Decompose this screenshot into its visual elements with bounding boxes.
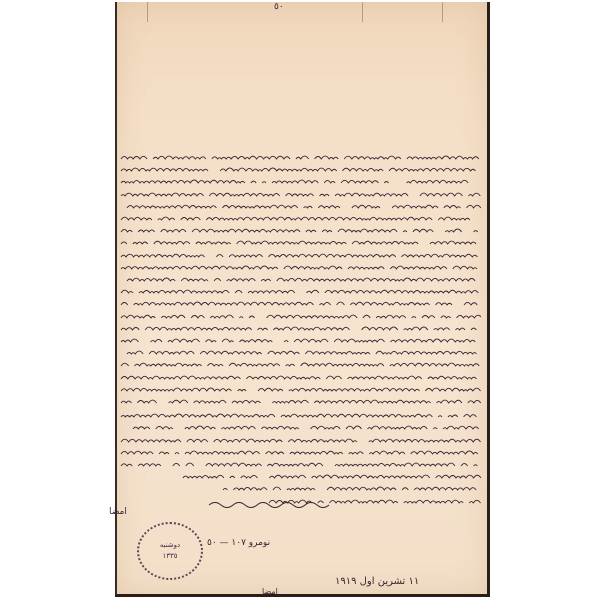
document-date: ١١ تشرين اول ١٩١٩ [335,576,419,587]
fold-mark [362,2,363,22]
seal-line-2: ١٣٣٥ [162,551,177,562]
document-page: ٥٠ امضا دوشنبه ١٣٣٥ نومرو ١٠٧ — ٥٠ امضا … [115,2,490,597]
fold-mark [442,2,443,22]
handwritten-line [119,176,481,188]
handwritten-line [119,298,481,310]
handwritten-line [119,459,481,471]
signature-mark: امضا [109,507,127,517]
handwritten-line [119,286,481,298]
fold-mark [147,2,148,22]
closing-line [207,498,387,510]
handwritten-line [119,189,481,201]
handwritten-line [119,152,481,164]
page-number: ٥٠ [274,2,284,12]
handwritten-line [119,347,481,359]
handwritten-line [119,359,481,371]
handwritten-line [119,410,481,422]
handwritten-line [119,213,481,225]
handwritten-line [119,372,481,384]
handwritten-line [119,396,481,408]
seal-line-1: دوشنبه [160,540,180,551]
handwritten-line [119,311,481,323]
handwritten-line [119,323,481,335]
handwritten-line [221,483,481,495]
handwritten-line [119,250,481,262]
official-seal: دوشنبه ١٣٣٥ [137,522,203,580]
signature-mark: امضا [262,587,278,596]
handwritten-line [119,164,481,176]
handwritten-line [119,384,481,396]
reference-number: نومرو ١٠٧ — ٥٠ [207,538,270,548]
handwritten-line [119,201,481,213]
handwritten-line [119,237,481,249]
handwritten-line [119,262,481,274]
handwritten-line [119,435,481,447]
handwritten-line [181,471,481,483]
handwritten-line [119,225,481,237]
handwritten-line [119,274,481,286]
handwritten-line [119,422,481,434]
handwritten-line [119,335,481,347]
handwritten-line [119,447,481,459]
